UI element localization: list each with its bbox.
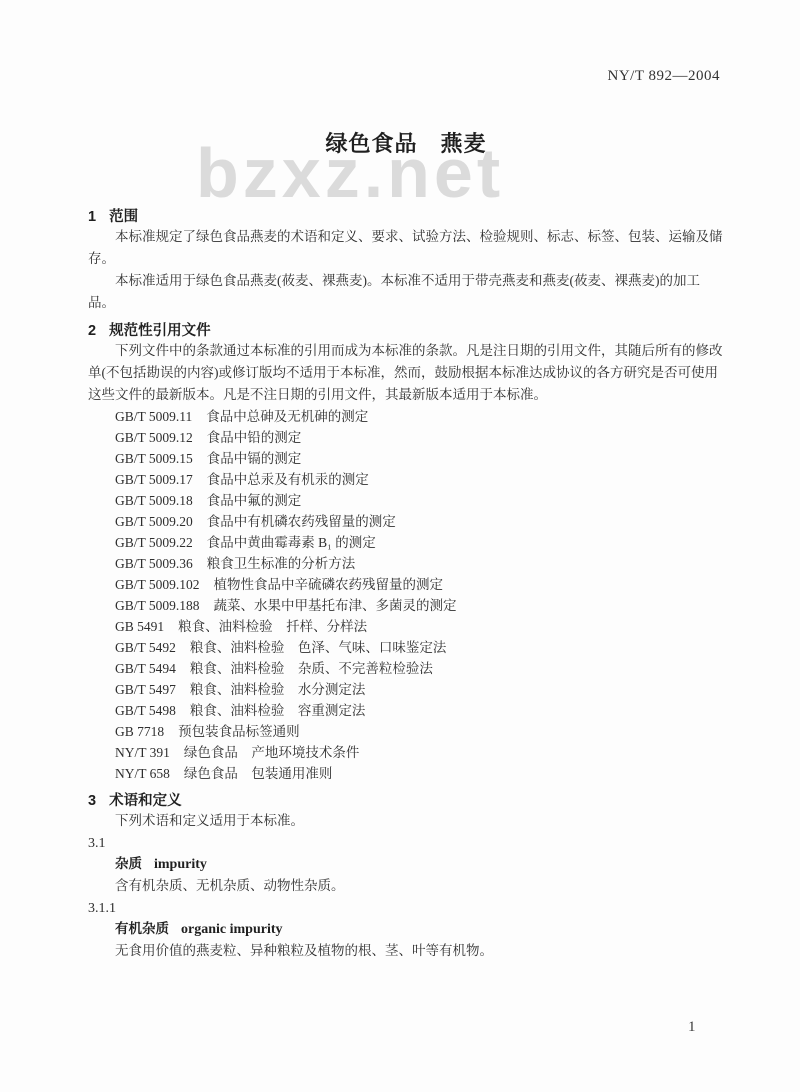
reference-item: GB/T 5492粮食、油料检验 色泽、气味、口味鉴定法 — [88, 637, 724, 658]
section-2-title: 规范性引用文件 — [109, 323, 211, 339]
section-2-intro: 下列文件中的条款通过本标准的引用而成为本标准的条款。凡是注日期的引用文件，其随后… — [88, 340, 724, 406]
reference-title: 粮食、油料检验 扦样、分样法 — [178, 619, 367, 634]
reference-code: GB/T 5498 — [115, 703, 176, 718]
reference-item: GB/T 5009.18食品中氟的测定 — [88, 490, 724, 511]
reference-code: GB/T 5492 — [115, 640, 176, 655]
section-2-number: 2 — [88, 323, 96, 339]
reference-item: GB/T 5009.17食品中总汞及有机汞的测定 — [88, 469, 724, 490]
reference-item: GB 5491粮食、油料检验 扦样、分样法 — [88, 616, 724, 637]
term-number: 3.1.1 — [88, 899, 724, 919]
reference-item: NY/T 391绿色食品 产地环境技术条件 — [88, 742, 724, 763]
term-title: 有机杂质organic impurity — [88, 919, 724, 940]
page-content: 绿色食品 燕麦 1范围 本标准规定了绿色食品燕麦的术语和定义、要求、试验方法、检… — [88, 0, 724, 962]
section-1-number: 1 — [88, 209, 96, 225]
reference-title: 植物性食品中辛硫磷农药残留量的测定 — [214, 577, 444, 592]
term-block: 3.1 杂质impurity 含有机杂质、无机杂质、动物性杂质。 — [88, 834, 724, 897]
term-en: organic impurity — [181, 922, 283, 937]
reference-code: GB/T 5497 — [115, 682, 176, 697]
reference-code: GB/T 5009.18 — [115, 493, 193, 508]
term-number: 3.1 — [88, 834, 724, 854]
reference-title: 预包装食品标签通则 — [178, 724, 300, 739]
section-1-paragraph: 本标准规定了绿色食品燕麦的术语和定义、要求、试验方法、检验规则、标志、标签、包装… — [88, 226, 724, 270]
term-zh: 杂质 — [115, 856, 142, 871]
reference-title: 食品中镉的测定 — [207, 451, 302, 466]
reference-title: 粮食、油料检验 容重测定法 — [190, 703, 366, 718]
reference-item: GB/T 5009.188蔬菜、水果中甲基托布津、多菌灵的测定 — [88, 595, 724, 616]
page-number: 1 — [688, 1019, 696, 1036]
reference-item: GB/T 5009.36粮食卫生标准的分析方法 — [88, 553, 724, 574]
reference-code: GB/T 5009.17 — [115, 472, 193, 487]
reference-title: 绿色食品 产地环境技术条件 — [184, 745, 360, 760]
reference-code: GB 5491 — [115, 619, 164, 634]
reference-item: GB/T 5009.22食品中黄曲霉毒素 B₁ 的测定 — [88, 532, 724, 553]
term-zh: 有机杂质 — [115, 921, 169, 936]
reference-list: GB/T 5009.11食品中总砷及无机砷的测定 GB/T 5009.12食品中… — [88, 406, 724, 784]
document-page: NY/T 892—2004 bzxz.net 绿色食品 燕麦 1范围 本标准规定… — [0, 0, 800, 1092]
term-definition: 无食用价值的燕麦粒、异种粮粒及植物的根、茎、叶等有机物。 — [88, 940, 724, 962]
reference-title: 粮食、油料检验 水分测定法 — [190, 682, 366, 697]
reference-item: GB/T 5494粮食、油料检验 杂质、不完善粒检验法 — [88, 658, 724, 679]
term-title: 杂质impurity — [88, 854, 724, 875]
reference-code: GB/T 5009.20 — [115, 514, 193, 529]
reference-title: 食品中总砷及无机砷的测定 — [206, 409, 368, 424]
reference-item: GB/T 5009.20食品中有机磷农药残留量的测定 — [88, 511, 724, 532]
section-1-paragraph: 本标准适用于绿色食品燕麦(莜麦、裸燕麦)。本标准不适用于带壳燕麦和燕麦(莜麦、裸… — [88, 270, 724, 314]
section-3-heading: 3术语和定义 — [88, 793, 724, 810]
reference-item: GB/T 5009.102植物性食品中辛硫磷农药残留量的测定 — [88, 574, 724, 595]
reference-code: GB/T 5009.188 — [115, 598, 200, 613]
reference-code: GB/T 5009.102 — [115, 577, 200, 592]
reference-code: GB/T 5009.15 — [115, 451, 193, 466]
section-1-title: 范围 — [109, 209, 138, 225]
document-title: 绿色食品 燕麦 — [88, 132, 724, 156]
section-3-title: 术语和定义 — [109, 793, 182, 809]
term-en: impurity — [154, 857, 207, 872]
reference-code: GB/T 5009.11 — [115, 409, 192, 424]
reference-code: NY/T 391 — [115, 745, 170, 760]
reference-code: GB/T 5009.22 — [115, 535, 193, 550]
reference-item: GB/T 5498粮食、油料检验 容重测定法 — [88, 700, 724, 721]
reference-code: GB/T 5009.36 — [115, 556, 193, 571]
section-2-heading: 2规范性引用文件 — [88, 323, 724, 340]
reference-code: GB 7718 — [115, 724, 164, 739]
reference-item: GB 7718预包装食品标签通则 — [88, 721, 724, 742]
reference-title: 食品中铅的测定 — [207, 430, 302, 445]
section-3-number: 3 — [88, 793, 96, 809]
reference-title: 粮食、油料检验 色泽、气味、口味鉴定法 — [190, 640, 447, 655]
reference-title: 蔬菜、水果中甲基托布津、多菌灵的测定 — [214, 598, 457, 613]
section-3-intro: 下列术语和定义适用于本标准。 — [88, 810, 724, 832]
reference-item: GB/T 5009.12食品中铅的测定 — [88, 427, 724, 448]
term-definition: 含有机杂质、无机杂质、动物性杂质。 — [88, 875, 724, 897]
term-block: 3.1.1 有机杂质organic impurity 无食用价值的燕麦粒、异种粮… — [88, 899, 724, 962]
reference-title: 食品中氟的测定 — [207, 493, 302, 508]
reference-title: 食品中黄曲霉毒素 B₁ 的测定 — [207, 535, 376, 550]
reference-title: 食品中有机磷农药残留量的测定 — [207, 514, 396, 529]
section-1-heading: 1范围 — [88, 209, 724, 226]
reference-code: GB/T 5494 — [115, 661, 176, 676]
reference-code: NY/T 658 — [115, 766, 170, 781]
reference-title: 食品中总汞及有机汞的测定 — [207, 472, 369, 487]
reference-item: NY/T 658绿色食品 包装通用准则 — [88, 763, 724, 784]
reference-item: GB/T 5497粮食、油料检验 水分测定法 — [88, 679, 724, 700]
reference-code: GB/T 5009.12 — [115, 430, 193, 445]
reference-title: 粮食卫生标准的分析方法 — [207, 556, 356, 571]
reference-item: GB/T 5009.11食品中总砷及无机砷的测定 — [88, 406, 724, 427]
reference-title: 粮食、油料检验 杂质、不完善粒检验法 — [190, 661, 433, 676]
reference-item: GB/T 5009.15食品中镉的测定 — [88, 448, 724, 469]
reference-title: 绿色食品 包装通用准则 — [184, 766, 333, 781]
